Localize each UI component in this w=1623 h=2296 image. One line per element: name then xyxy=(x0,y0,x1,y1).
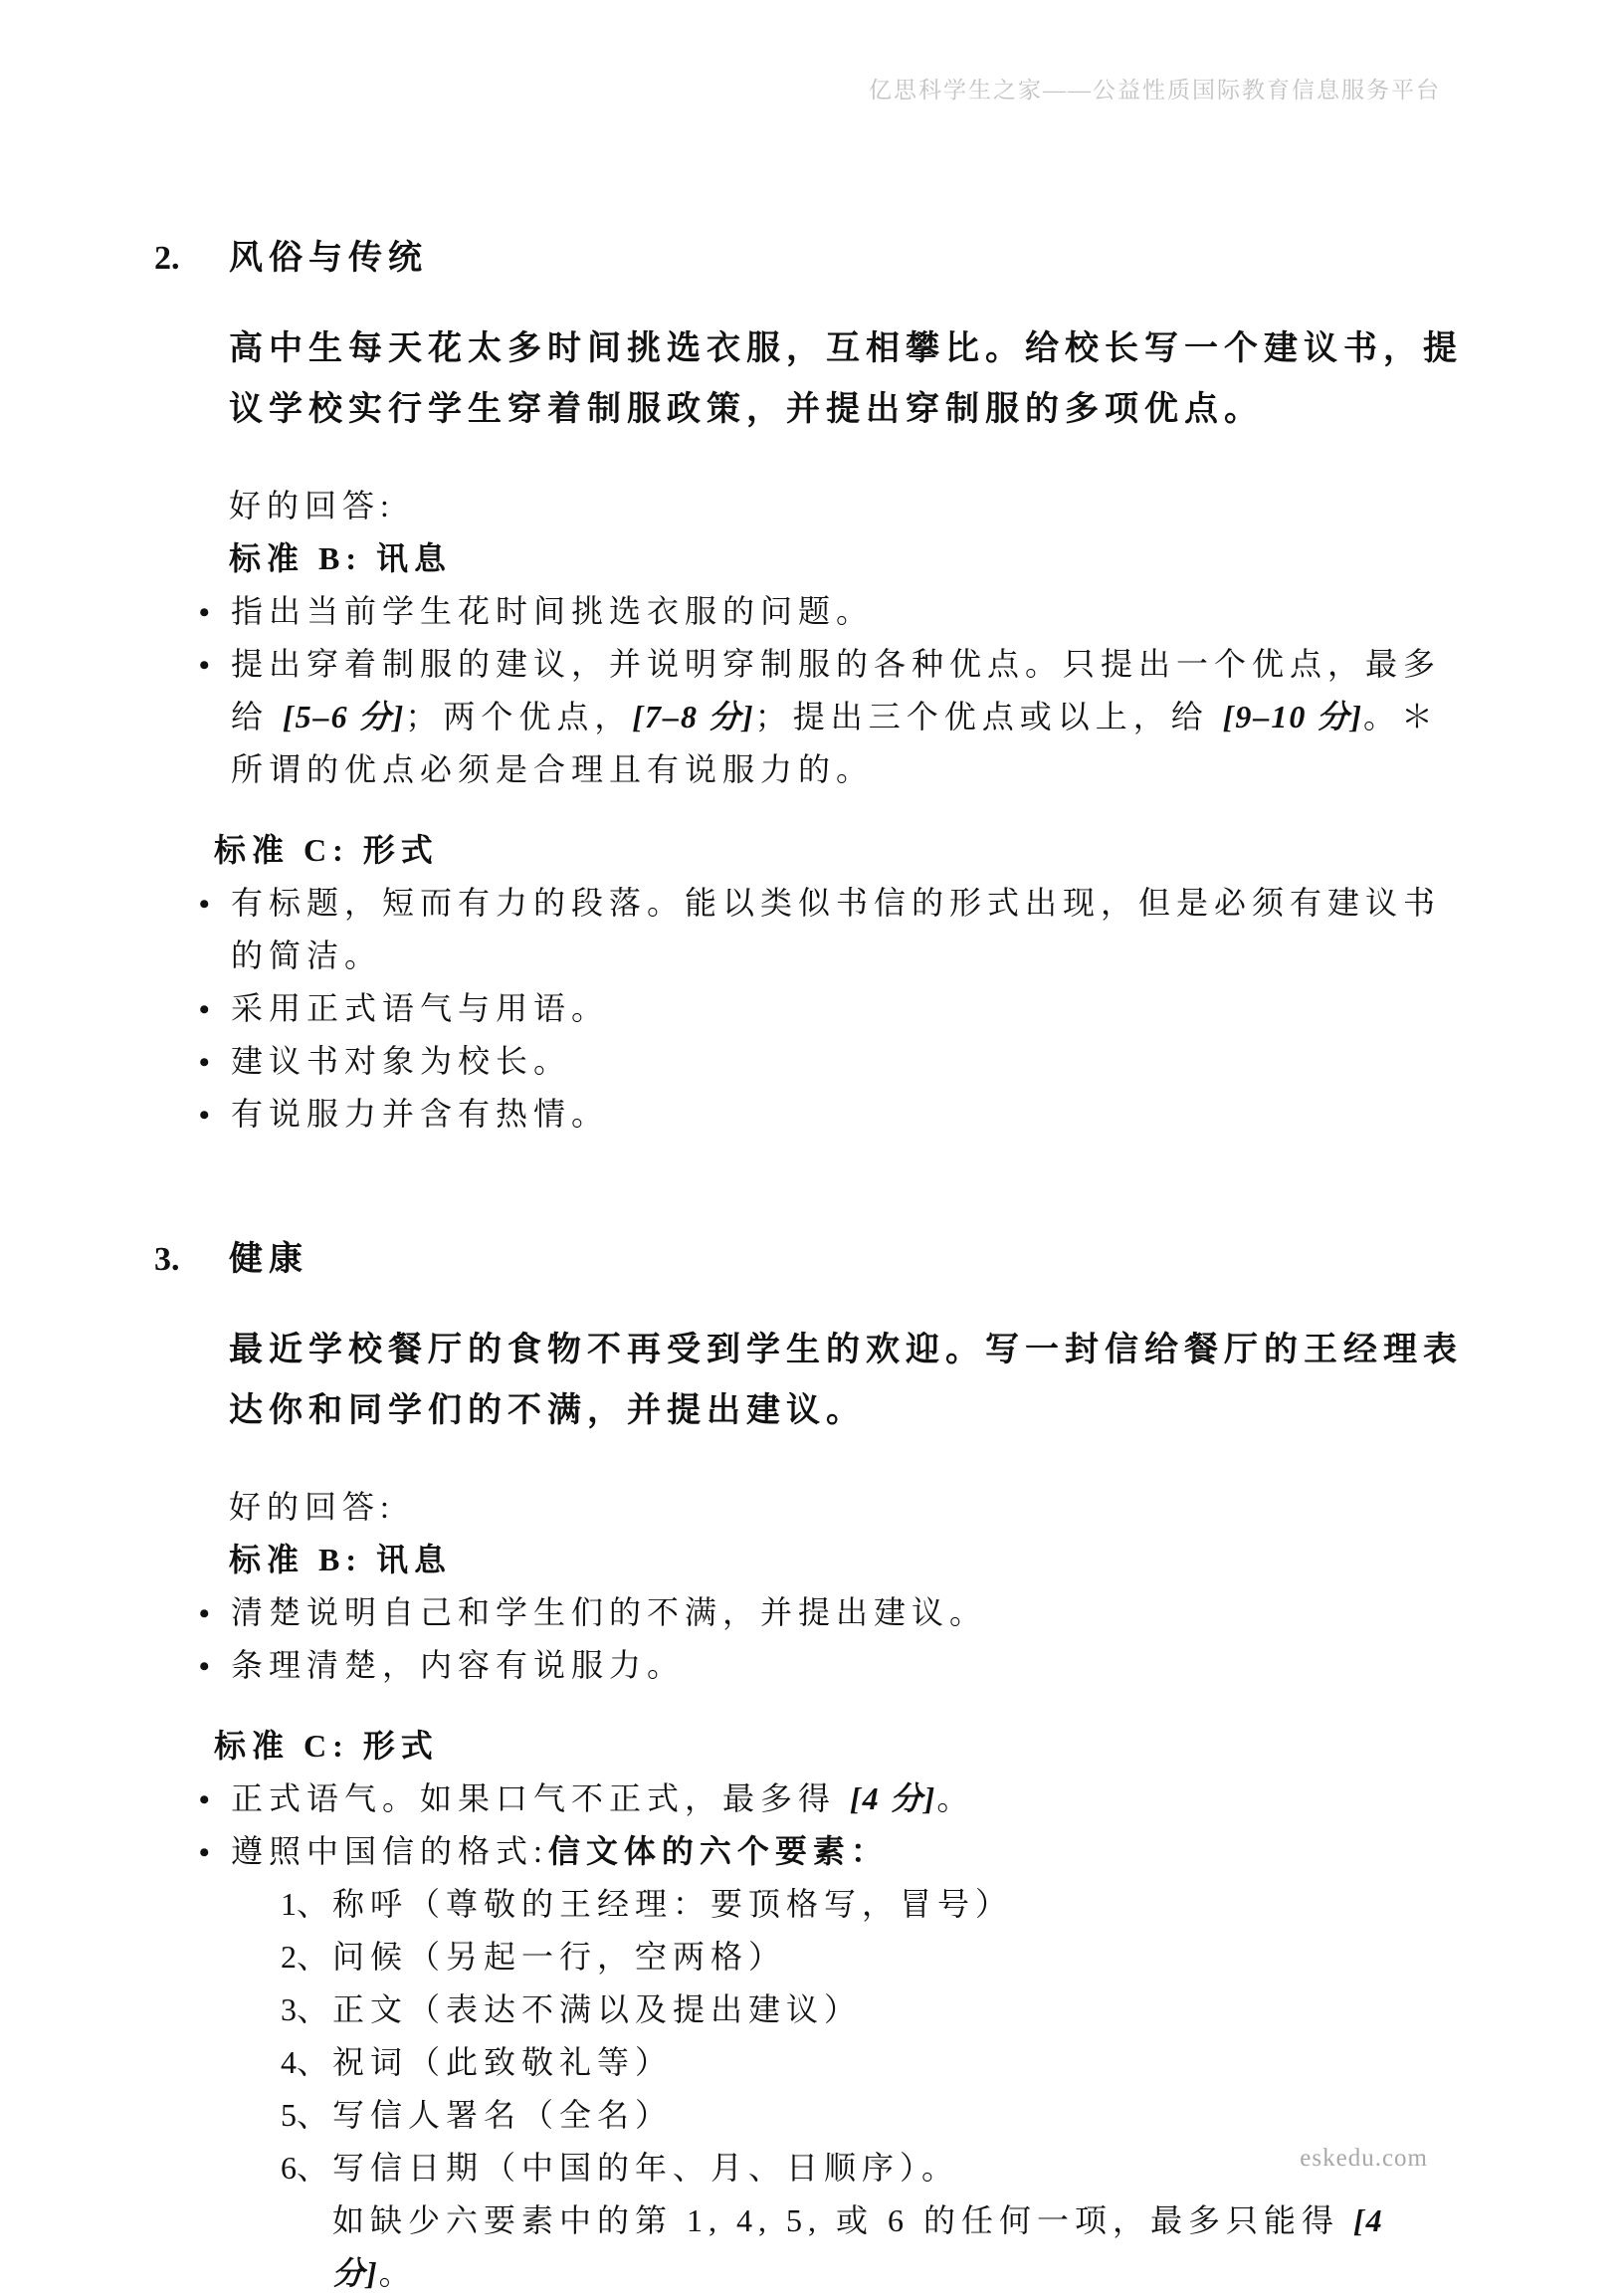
bullet-item: 正式语气。如果口气不正式，最多得 [4 分]。 xyxy=(199,1773,1470,1825)
bullet-text: 有标题，短而有力的段落。能以类似书信的形式出现，但是必须有建议书的简洁。 xyxy=(231,885,1441,973)
bullet-text: 清楚说明自己和学生们的不满，并提出建议。 xyxy=(231,1594,987,1630)
list-item-number: 1、 xyxy=(281,1878,332,1931)
bullet-item: 采用正式语气与用语。 xyxy=(199,982,1470,1035)
list-item-number: 2、 xyxy=(281,1931,332,1983)
watermark: eskedu.com xyxy=(1300,2145,1428,2173)
section-2-criteria-c-list: 有标题，短而有力的段落。能以类似书信的形式出现，但是必须有建议书的简洁。 采用正… xyxy=(154,877,1493,1141)
section-3-heading: 3. 健康 xyxy=(154,1240,1493,1280)
list-item: 6、 写信日期（中国的年、月、日顺序）。 xyxy=(281,2142,1470,2194)
bullet-item: 清楚说明自己和学生们的不满，并提出建议。 xyxy=(199,1586,1470,1639)
bullet-text: 建议书对象为校长。 xyxy=(231,1043,571,1079)
list-item: 4、 祝词（此致敬礼等） xyxy=(281,2036,1470,2089)
list-item-text: 称呼（尊敬的王经理：要顶格写，冒号） xyxy=(332,1878,1470,1931)
list-item-number: 5、 xyxy=(281,2089,332,2142)
section-2-good-answer-label: 好的回答: xyxy=(229,480,1493,532)
section-2-criteria-c-heading: 标准 C: 形式 xyxy=(214,824,1493,877)
section-3-number: 3. xyxy=(154,1240,229,1280)
bullet-text: 遵照中国信的格式:信文体的六个要素： xyxy=(231,1833,889,1869)
list-item-text: 写信人署名（全名） xyxy=(332,2089,1470,2142)
bullet-item: 指出当前学生花时间挑选衣服的问题。 xyxy=(199,585,1470,638)
bullet-text: 条理清楚，内容有说服力。 xyxy=(231,1647,685,1683)
section-2-task-prompt: 高中生每天花太多时间挑选衣服，互相攀比。给校长写一个建议书，提议学校实行学生穿着… xyxy=(229,318,1491,440)
missing-elements-note: 如缺少六要素中的第 1, 4, 5, 或 6 的任何一项，最多只能得 [4 分]… xyxy=(332,2194,1470,2296)
section-2-title: 风俗与传统 xyxy=(229,239,428,279)
bullet-item: 遵照中国信的格式:信文体的六个要素： 1、 称呼（尊敬的王经理：要顶格写，冒号）… xyxy=(199,1825,1470,2296)
bullet-text: 提出穿着制服的建议，并说明穿制服的各种优点。只提出一个优点，最多给 [5–6 分… xyxy=(231,646,1441,787)
bullet-item: 有说服力并含有热情。 xyxy=(199,1088,1470,1141)
section-3-title: 健康 xyxy=(229,1240,308,1280)
list-item: 5、 写信人署名（全名） xyxy=(281,2089,1470,2142)
document-body: 2. 风俗与传统 高中生每天花太多时间挑选衣服，互相攀比。给校长写一个建议书，提… xyxy=(154,239,1493,2296)
section-3-criteria-c-heading: 标准 C: 形式 xyxy=(214,1720,1493,1773)
section-2: 2. 风俗与传统 高中生每天花太多时间挑选衣服，互相攀比。给校长写一个建议书，提… xyxy=(154,239,1493,1141)
list-item-number: 4、 xyxy=(281,2036,332,2089)
bullet-text: 有说服力并含有热情。 xyxy=(231,1096,609,1132)
bullet-text: 指出当前学生花时间挑选衣服的问题。 xyxy=(231,593,874,629)
list-item-number: 3、 xyxy=(281,1983,332,2036)
section-2-heading: 2. 风俗与传统 xyxy=(154,239,1493,279)
section-2-criteria-b-heading: 标准 B: 讯息 xyxy=(229,532,1493,585)
list-item-text: 祝词（此致敬礼等） xyxy=(332,2036,1470,2089)
section-2-number: 2. xyxy=(154,239,229,279)
section-3-criteria-c-list: 正式语气。如果口气不正式，最多得 [4 分]。 遵照中国信的格式:信文体的六个要… xyxy=(154,1773,1493,2296)
section-3: 3. 健康 最近学校餐厅的食物不再受到学生的欢迎。写一封信给餐厅的王经理表达你和… xyxy=(154,1240,1493,2296)
letter-elements-list: 1、 称呼（尊敬的王经理：要顶格写，冒号） 2、 问候（另起一行，空两格） 3、… xyxy=(231,1878,1470,2194)
list-item: 2、 问候（另起一行，空两格） xyxy=(281,1931,1470,1983)
document-page: 亿思科学生之家——公益性质国际教育信息服务平台 2. 风俗与传统 高中生每天花太… xyxy=(0,0,1623,2296)
section-2-criteria-b-list: 指出当前学生花时间挑选衣服的问题。 提出穿着制服的建议，并说明穿制服的各种优点。… xyxy=(154,585,1493,796)
list-item: 1、 称呼（尊敬的王经理：要顶格写，冒号） xyxy=(281,1878,1470,1931)
bullet-text: 采用正式语气与用语。 xyxy=(231,990,609,1026)
section-3-good-answer-label: 好的回答: xyxy=(229,1481,1493,1534)
list-item-text: 正文（表达不满以及提出建议） xyxy=(332,1983,1470,2036)
site-header-text: 亿思科学生之家——公益性质国际教育信息服务平台 xyxy=(869,78,1441,103)
list-item-text: 问候（另起一行，空两格） xyxy=(332,1931,1470,1983)
bullet-text: 正式语气。如果口气不正式，最多得 [4 分]。 xyxy=(231,1780,974,1816)
bullet-item: 建议书对象为校长。 xyxy=(199,1035,1470,1088)
bullet-item: 提出穿着制服的建议，并说明穿制服的各种优点。只提出一个优点，最多给 [5–6 分… xyxy=(199,638,1470,796)
site-header: 亿思科学生之家——公益性质国际教育信息服务平台 xyxy=(869,72,1441,104)
bullet-item: 条理清楚，内容有说服力。 xyxy=(199,1639,1470,1692)
section-3-task-prompt: 最近学校餐厅的食物不再受到学生的欢迎。写一封信给餐厅的王经理表达你和同学们的不满… xyxy=(229,1320,1491,1441)
section-3-criteria-b-heading: 标准 B: 讯息 xyxy=(229,1534,1493,1586)
list-item-number: 6、 xyxy=(281,2142,332,2194)
bullet-item: 有标题，短而有力的段落。能以类似书信的形式出现，但是必须有建议书的简洁。 xyxy=(199,877,1470,982)
section-3-criteria-b-list: 清楚说明自己和学生们的不满，并提出建议。 条理清楚，内容有说服力。 xyxy=(154,1586,1493,1692)
list-item: 3、 正文（表达不满以及提出建议） xyxy=(281,1983,1470,2036)
